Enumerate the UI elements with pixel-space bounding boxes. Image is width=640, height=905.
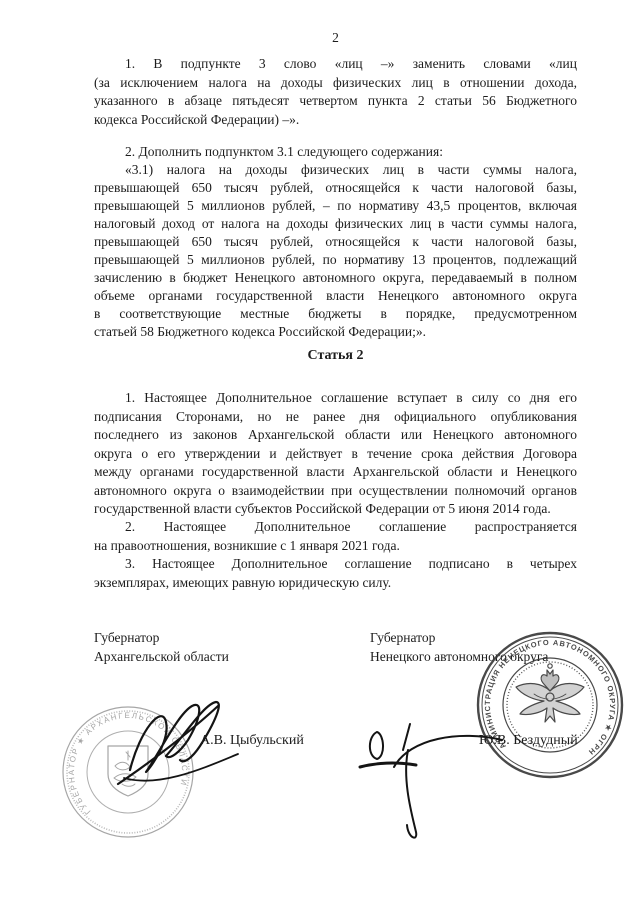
article-2-heading: Статья 2 bbox=[94, 348, 577, 364]
text-line: последнего из законов Архангельской обла… bbox=[94, 426, 577, 445]
text-line: объеме органами государственной власти Н… bbox=[94, 287, 577, 305]
signatory-name-right: Ю.В. Бездудный bbox=[479, 733, 578, 749]
text-line: подписания Сторонами, но не ранее дня оф… bbox=[94, 408, 577, 427]
text-line: округа о его утверждении и действует в т… bbox=[94, 445, 577, 464]
region-title-left: Архангельской области bbox=[94, 648, 314, 667]
double-eagle-emblem bbox=[516, 664, 584, 722]
text-line: указанного в абзаце пятьдесят четвертом … bbox=[94, 92, 577, 111]
text-line: превышающей 5 миллионов рублей, по норма… bbox=[94, 251, 577, 269]
paragraph-2-intro: 2. Дополнить подпунктом 3.1 следующего с… bbox=[94, 143, 577, 162]
signatory-name-left: А.В. Цыбульский bbox=[200, 733, 304, 749]
text-line: на правоотношения, возникшие с 1 января … bbox=[94, 537, 577, 556]
text-line: кодекса Российской Федерации) –». bbox=[94, 111, 577, 130]
text-line: 1. Настоящее Дополнительное соглашение в… bbox=[94, 389, 577, 408]
text-line: превышающей 5 миллионов рублей, – по нор… bbox=[94, 197, 577, 215]
text-line: статьей 58 Бюджетного кодекса Российской… bbox=[94, 323, 577, 341]
text-line: 3. Настоящее Дополнительное соглашение п… bbox=[94, 555, 577, 574]
text-line: «3.1) налога на доходы физических лиц в … bbox=[94, 161, 577, 179]
text-line: превышающей 650 тысяч рублей, относящейс… bbox=[94, 179, 577, 197]
paragraph-1: 1. В подпункте 3 слово «лиц –» заменить … bbox=[94, 55, 577, 129]
text-line: государственной власти субъектов Российс… bbox=[94, 500, 577, 519]
text-line: (за исключением налога на доходы физичес… bbox=[94, 74, 577, 93]
article-2-paragraph-1: 1. Настоящее Дополнительное соглашение в… bbox=[94, 389, 577, 519]
governor-title-left: Губернатор bbox=[94, 629, 314, 648]
text-line: между органами государственной власти Ар… bbox=[94, 463, 577, 482]
text-line: 1. В подпункте 3 слово «лиц –» заменить … bbox=[94, 55, 577, 74]
text-line: экземплярах, имеющих равную юридическую … bbox=[94, 574, 577, 593]
text-line: 2. Настоящее Дополнительное соглашение р… bbox=[94, 518, 577, 537]
document-page: 2 1. В подпункте 3 слово «лиц –» заменит… bbox=[0, 0, 640, 905]
text-line: налоговый доход от налога на доходы физи… bbox=[94, 215, 577, 233]
text-line: превышающей 650 тысяч рублей, относящейс… bbox=[94, 233, 577, 251]
article-2-paragraph-3: 3. Настоящее Дополнительное соглашение п… bbox=[94, 555, 577, 592]
text-line: в соответствующие местные бюджеты в поря… bbox=[94, 305, 577, 323]
text-line: зачислению в бюджет Ненецкого автономног… bbox=[94, 269, 577, 287]
text-line: 2. Дополнить подпунктом 3.1 следующего с… bbox=[94, 143, 577, 162]
page-number: 2 bbox=[94, 30, 577, 46]
text-line: автономного округа о взаимодействии при … bbox=[94, 482, 577, 501]
paragraph-2-subclause: «3.1) налога на доходы физических лиц в … bbox=[94, 161, 577, 341]
article-2-paragraph-2: 2. Настоящее Дополнительное соглашение р… bbox=[94, 518, 577, 555]
signature-block-left: Губернатор Архангельской области bbox=[94, 629, 314, 666]
